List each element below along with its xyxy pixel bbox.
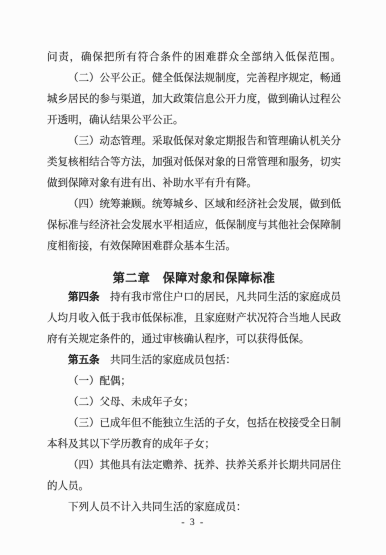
section-2-paragraphs: 第四条 持有我市常住户口的居民，凡共同生活的家庭成员人均月收入低于我市低保标准，… bbox=[47, 287, 341, 518]
text-line: 度相衔接，有效保障困难群众基本生活。 bbox=[47, 236, 341, 257]
text-line: （四）统筹兼顾。统筹城乡、区域和经济社会发展，做到低 bbox=[47, 194, 341, 215]
text-line: 第五条 共同生活的家庭成员包括： bbox=[47, 350, 341, 371]
article-number: 第四条 bbox=[68, 292, 100, 303]
text-line: 类复核相结合等方法，加强对低保对象的日常管理和服务，切实 bbox=[47, 152, 341, 173]
chapter-heading: 第二章 保障对象和保障标准 bbox=[47, 269, 341, 287]
page-number: - 3 - bbox=[0, 518, 386, 528]
text-line: 城乡居民的参与渠道，加大政策信息公开力度，做到确认过程公 bbox=[47, 89, 341, 110]
body-text: 问责，确保把所有符合条件的困难群众全部纳入低保范围。（二）公平公正。健全低保法规… bbox=[47, 47, 341, 518]
text-line: 做到保障对象有进有出、补助水平有升有降。 bbox=[47, 173, 341, 194]
section-1-paragraphs: 问责，确保把所有符合条件的困难群众全部纳入低保范围。（二）公平公正。健全低保法规… bbox=[47, 47, 341, 257]
text-line: （三）已成年但不能独立生活的子女，包括在校接受全日制 bbox=[47, 413, 341, 434]
text-line: 第四条 持有我市常住户口的居民，凡共同生活的家庭成员 bbox=[47, 287, 341, 308]
text-line: 本科及其以下学历教育的成年子女； bbox=[47, 434, 341, 455]
text-line: 问责，确保把所有符合条件的困难群众全部纳入低保范围。 bbox=[47, 47, 341, 68]
text-line: 下列人员不计入共同生活的家庭成员： bbox=[47, 497, 341, 518]
text-line: （二）公平公正。健全低保法规制度，完善程序规定，畅通 bbox=[47, 68, 341, 89]
article-number: 第五条 bbox=[68, 355, 100, 366]
text-line: 人均月收入低于我市低保标准，且家庭财产状况符合当地人民政 bbox=[47, 308, 341, 329]
text-line: 保标准与经济社会发展水平相适应，低保制度与其他社会保障制 bbox=[47, 215, 341, 236]
text-line: 开透明，确认结果公平公正。 bbox=[47, 110, 341, 131]
text-line: （四）其他具有法定赡养、抚养、扶养关系并长期共同居住 bbox=[47, 455, 341, 476]
text-line: 的人员。 bbox=[47, 476, 341, 497]
text-line: （一）配偶； bbox=[47, 371, 341, 392]
text-line: （二）父母、未成年子女； bbox=[47, 392, 341, 413]
scanned-document-page: 问责，确保把所有符合条件的困难群众全部纳入低保范围。（二）公平公正。健全低保法规… bbox=[0, 0, 386, 555]
text-line: 府有关规定条件的，通过审核确认程序，可以获得低保。 bbox=[47, 329, 341, 350]
text-line: （三）动态管理。采取低保对象定期报告和管理确认机关分 bbox=[47, 131, 341, 152]
